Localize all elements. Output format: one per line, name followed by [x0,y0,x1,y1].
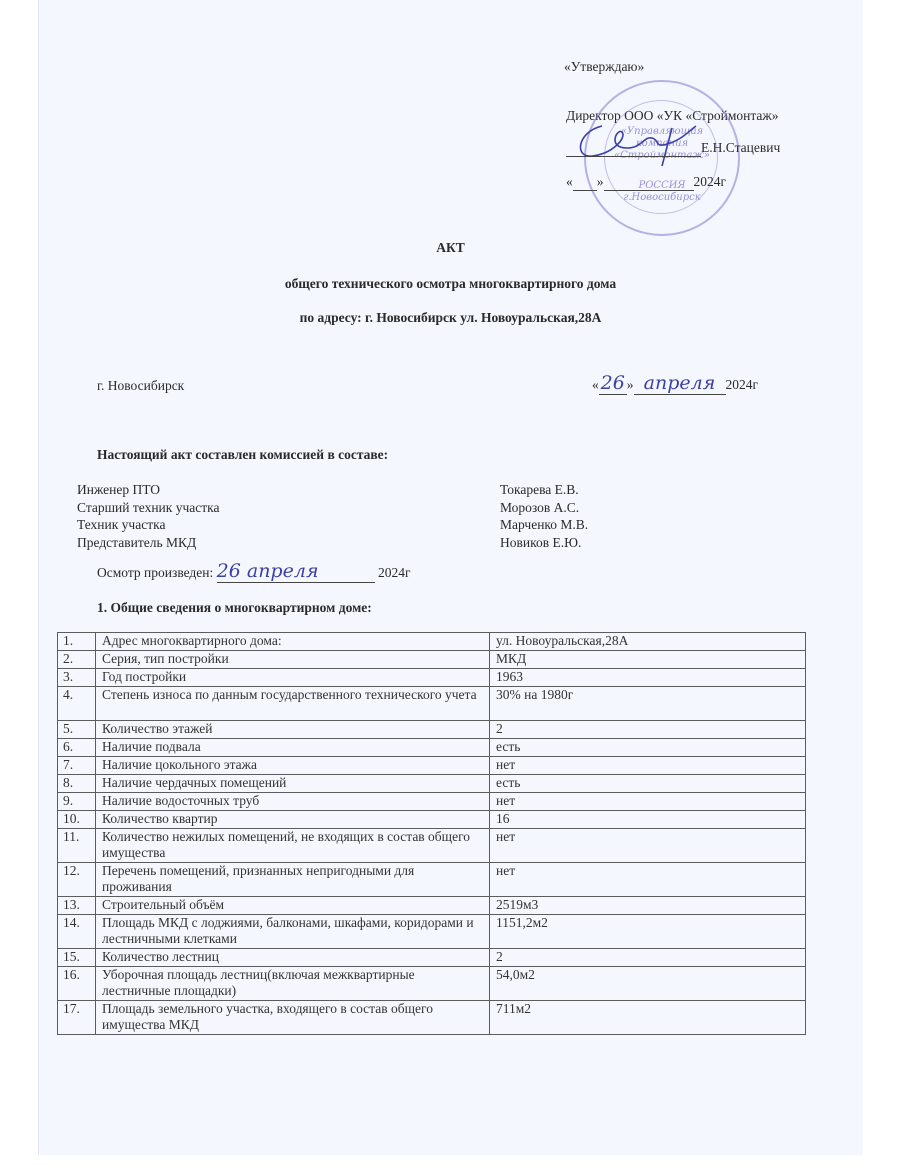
table-cell-label: Наличие подвала [96,739,490,757]
table-row: 16.Уборочная площадь лестниц(включая меж… [58,967,806,1001]
commission-heading: Настоящий акт составлен комиссией в сост… [97,447,388,463]
table-cell-value: 2 [490,949,806,967]
document-subtitle: общего технического осмотра многоквартир… [0,276,901,292]
approval-day-field [573,174,597,191]
table-cell-value: 1963 [490,669,806,687]
table-cell-label: Наличие чердачных помещений [96,775,490,793]
building-info-table: 1.Адрес многоквартирного дома:ул. Новоур… [57,632,806,1035]
stamp-line-5: г.Новосибирск [586,192,738,203]
table-cell-num: 4. [58,687,96,721]
commission-names: Токарева Е.В. Морозов А.С. Марченко М.В.… [500,481,588,551]
commission-name: Марченко М.В. [500,516,588,534]
table-cell-label: Площадь МКД с лоджиями, балконами, шкафа… [96,915,490,949]
table-cell-num: 3. [58,669,96,687]
commission-roles: Инженер ПТО Старший техник участка Техни… [77,481,219,551]
table-cell-num: 12. [58,863,96,897]
commission-role: Старший техник участка [77,499,219,517]
table-cell-num: 1. [58,633,96,651]
table-row: 5.Количество этажей2 [58,721,806,739]
section-heading: 1. Общие сведения о многоквартирном доме… [97,600,372,616]
table-row: 6.Наличие подвалаесть [58,739,806,757]
approval-date: « » 2024г [566,174,726,191]
table-cell-label: Год постройки [96,669,490,687]
table-cell-value: нет [490,757,806,775]
act-date-day: 26 [599,372,627,395]
table-cell-value: 30% на 1980г [490,687,806,721]
table-row: 8.Наличие чердачных помещенийесть [58,775,806,793]
table-cell-num: 9. [58,793,96,811]
table-cell-num: 13. [58,897,96,915]
table-cell-value: ул. Новоуральская,28А [490,633,806,651]
table-row: 10.Количество квартир16 [58,811,806,829]
table-row: 3.Год постройки1963 [58,669,806,687]
table-row: 17.Площадь земельного участка, входящего… [58,1001,806,1035]
signatory-name: Е.Н.Стацевич [701,140,780,155]
table-cell-label: Серия, тип постройки [96,651,490,669]
table-cell-label: Количество этажей [96,721,490,739]
document-address: по адресу: г. Новосибирск ул. Новоуральс… [0,310,901,326]
approval-date-close-quote: » [597,174,604,189]
table-row: 9.Наличие водосточных трубнет [58,793,806,811]
table-cell-num: 6. [58,739,96,757]
table-cell-label: Уборочная площадь лестниц(включая межква… [96,967,490,1001]
city: г. Новосибирск [97,378,184,394]
table-cell-num: 11. [58,829,96,863]
table-cell-value: есть [490,739,806,757]
commission-name: Токарева Е.В. [500,481,588,499]
signatory-line: Е.Н.Стацевич [566,140,780,157]
table-cell-value: 711м2 [490,1001,806,1035]
inspection-date-handwritten: 26 апреля [217,560,375,583]
table-cell-label: Наличие цокольного этажа [96,757,490,775]
approval-date-year: 2024г [694,174,727,189]
table-cell-num: 16. [58,967,96,1001]
table-cell-label: Площадь земельного участка, входящего в … [96,1001,490,1035]
approval-date-open-quote: « [566,174,573,189]
table-row: 1.Адрес многоквартирного дома:ул. Новоур… [58,633,806,651]
commission-role: Техник участка [77,516,219,534]
table-row: 13.Строительный объём2519м3 [58,897,806,915]
act-date-year: 2024г [726,377,759,392]
act-date: «26»апреля2024г [592,372,758,395]
table-cell-value: нет [490,793,806,811]
act-date-open-quote: « [592,377,599,392]
table-cell-label: Адрес многоквартирного дома: [96,633,490,651]
table-cell-label: Количество нежилых помещений, не входящи… [96,829,490,863]
table-cell-num: 15. [58,949,96,967]
table-cell-value: МКД [490,651,806,669]
table-cell-value: есть [490,775,806,793]
table-row: 12.Перечень помещений, признанных неприг… [58,863,806,897]
table-cell-value: 2 [490,721,806,739]
act-date-month: апреля [634,372,726,395]
commission-name: Новиков Е.Ю. [500,534,588,552]
table-cell-num: 14. [58,915,96,949]
table-cell-label: Перечень помещений, признанных непригодн… [96,863,490,897]
table-row: 2.Серия, тип постройкиМКД [58,651,806,669]
table-cell-value: 1151,2м2 [490,915,806,949]
commission-role: Представитель МКД [77,534,219,552]
table-cell-value: 2519м3 [490,897,806,915]
inspection-label: Осмотр произведен: [97,565,213,580]
table-row: 4.Степень износа по данным государственн… [58,687,806,721]
table-cell-value: 54,0м2 [490,967,806,1001]
table-cell-value: нет [490,829,806,863]
table-row: 7.Наличие цокольного этажанет [58,757,806,775]
approval-title: «Утверждаю» [564,59,644,75]
table-row: 15.Количество лестниц2 [58,949,806,967]
table-cell-label: Количество лестниц [96,949,490,967]
signature-field [566,140,701,157]
inspection-year: 2024г [378,565,411,580]
commission-name: Морозов А.С. [500,499,588,517]
table-cell-label: Наличие водосточных труб [96,793,490,811]
table-row: 11.Количество нежилых помещений, не вход… [58,829,806,863]
table-cell-value: 16 [490,811,806,829]
table-cell-num: 10. [58,811,96,829]
table-cell-label: Строительный объём [96,897,490,915]
table-cell-label: Количество квартир [96,811,490,829]
table-cell-num: 7. [58,757,96,775]
approval-month-field [604,174,694,191]
commission-role: Инженер ПТО [77,481,219,499]
table-cell-label: Степень износа по данным государственног… [96,687,490,721]
table-cell-num: 2. [58,651,96,669]
inspection-line: Осмотр произведен: 26 апреля 2024г [97,560,411,583]
table-row: 14.Площадь МКД с лоджиями, балконами, шк… [58,915,806,949]
table-cell-num: 8. [58,775,96,793]
table-cell-num: 17. [58,1001,96,1035]
act-date-close-quote: » [627,377,634,392]
table-cell-num: 5. [58,721,96,739]
document-title: АКТ [0,240,901,256]
table-cell-value: нет [490,863,806,897]
